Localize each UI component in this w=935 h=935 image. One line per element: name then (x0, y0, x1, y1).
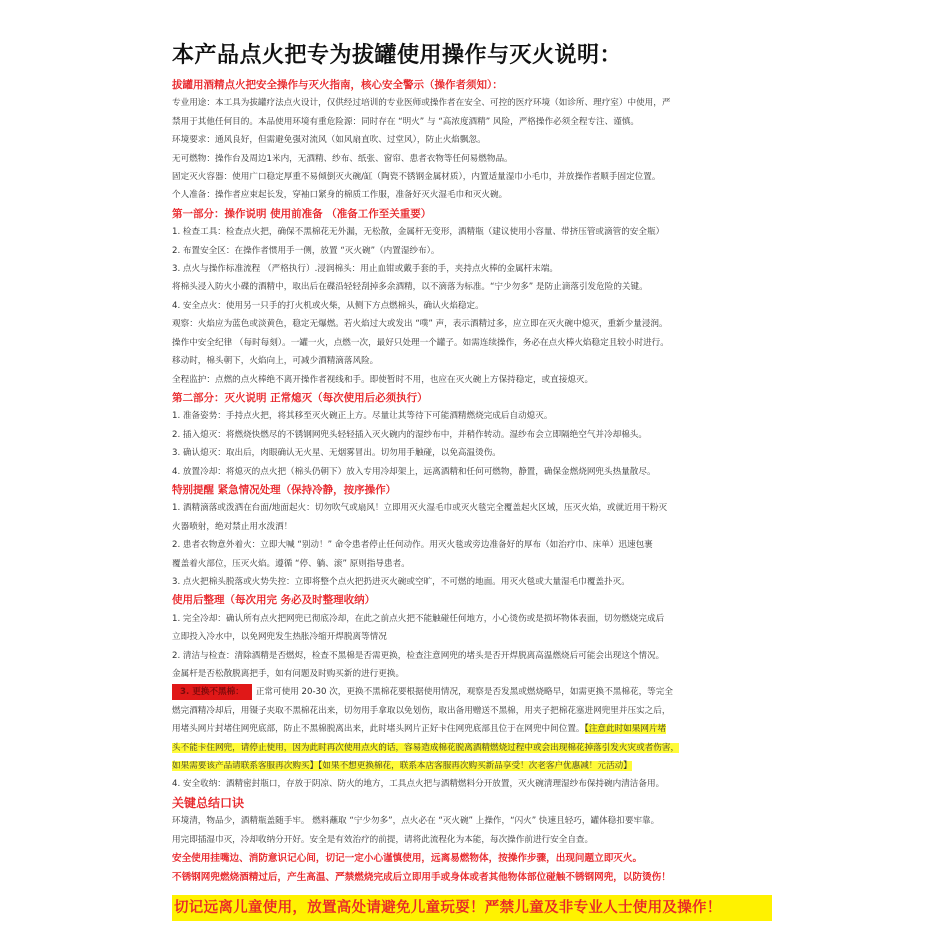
replace-tag: 3. 更换不黑棉： (172, 684, 252, 700)
emergency-line: 1. 酒精滴落或泼洒在台面/地面起火：切勿吹气或扇风！立即用灭火湿毛巾或灭火毯完… (172, 499, 772, 517)
intro-line: 固定灭火容器：使用广口稳定厚重不易倾倒灭火碗/缸（陶瓷不锈钢金属材质），内置适量… (172, 168, 772, 186)
part1-line: 观察：火焰应为蓝色或淡黄色，稳定无爆燃。若火焰过大或发出 “噗” 声，表示酒精过… (172, 315, 772, 333)
emergency-line: 3. 点火把棉头脱落或火势失控：立即将整个点火把扔进灭火碗或空旷，不可燃的地面。… (172, 573, 772, 591)
part2-line: 1. 准备姿势：手持点火把，将其移至灭火碗正上方。尽量让其等待下可能酒精燃烧完成… (172, 407, 772, 425)
highlight-line: 如果需要该产品请联系客服再次购买】【如果不想更换棉花，联系本店客服再次购买新品享… (172, 757, 772, 775)
document-title: 本产品点火把专为拔罐使用操作与灭火说明： (172, 42, 772, 70)
part1-line: 2. 布置安全区：在操作者惯用手一侧，放置 “灭火碗”（内置湿纱布）。 (172, 242, 772, 260)
intro-line: 专业用途：本工具为拔罐疗法点火设计，仅供经过培训的专业医师或操作者在安全、可控的… (172, 94, 772, 112)
aftercare-line: 1. 完全冷却：确认所有点火把网兜已彻底冷却，在此之前点火把不能触碰任何地方，小… (172, 610, 772, 628)
summary-line: 用完即插湿巾灭，冷却收纳分开好。安全是有效治疗的前提，请将此流程化为本能，每次操… (172, 831, 772, 849)
intro-heading: 拔罐用酒精点火把安全操作与灭火指南，核心安全警示（操作者须知）： (172, 76, 772, 94)
summary-line: 环境清，物品少，酒精瓶盖随手牢。 燃料蘸取 “宁少勿多”，点火必在 “灭火碗” … (172, 812, 772, 830)
replace-line: 3. 更换不黑棉：正常可使用 20-30 次，更换不黑棉花要根据使用情况，观察是… (172, 683, 772, 701)
intro-line: 环境要求：通风良好，但需避免强对流风（如风扇直吹、过堂风），防止火焰飘忽。 (172, 131, 772, 149)
intro-line: 禁用于其他任何目的。本品使用环境有重危险源：同时存在 “明火” 与 “高浓度酒精… (172, 113, 772, 131)
part1-line: 全程监护：点燃的点火棒绝不离开操作者视线和手。即使暂时不用，也应在灭火碗上方保持… (172, 371, 772, 389)
part1-line: 移动时，棉头朝下，火焰向上，可减少酒精滴落风险。 (172, 352, 772, 370)
part2-line: 3. 确认熄灭：取出后，肉眼确认无火星、无烟雾冒出。切勿用手触碰，以免高温烫伤。 (172, 444, 772, 462)
emergency-line: 火器喷射，绝对禁止用水泼洒！ (172, 518, 772, 536)
highlight-note: 【注意此时如果网片堵 (585, 724, 667, 734)
replace-line: 燃完酒精冷却后，用镊子夹取不黑棉花出来，切勿用手拿取以免划伤，取出备用赠送不黑棉… (172, 702, 772, 720)
part1-line: 4. 安全点火：使用另一只手的打火机或火柴，从侧下方点燃棉头，确认火焰稳定。 (172, 297, 772, 315)
summary-heading: 关键总结口诀 (172, 794, 772, 812)
emergency-line: 2. 患者衣物意外着火：立即大喊 “别动！” 命令患者停止任何动作。用灭火毯或旁… (172, 536, 772, 554)
emergency-line: 覆盖着火部位，压灭火焰。遵循 “停、躺、滚” 原则指导患者。 (172, 555, 772, 573)
intro-line: 无可燃物：操作台及周边1米内，无酒精、纱布、纸张、窗帘、患者衣物等任何易燃物品。 (172, 150, 772, 168)
aftercare-heading: 使用后整理（每次用完 务必及时整理收纳） (172, 591, 772, 609)
aftercare-line: 立即投入冷水中，以免网兜发生热胀冷缩开焊脱离等情况 (172, 628, 772, 646)
highlight-line: 头不能卡住网兜，请停止使用，因为此时再次使用点火的话，容易造成棉花脱离酒精燃烧过… (172, 739, 772, 757)
part2-line: 4. 放置冷却：将熄灭的点火把（棉头仍朝下）放入专用冷却架上，远离酒精和任何可燃… (172, 463, 772, 481)
replace-line: 用堵头网片封堵住网兜底部，防止不黑棉脱离出来，此时堵头网片正好卡住网兜底部且位于… (172, 720, 772, 738)
aftercare-line: 金属杆是否松散脱离把手，如有问题及时购买新的进行更换。 (172, 665, 772, 683)
part1-heading: 第一部分：操作说明 使用前准备 （准备工作至关重要） (172, 205, 772, 223)
part1-line: 3. 点火与操作标准流程 （严格执行）.浸润棉头：用止血钳或戴手套的手，夹持点火… (172, 260, 772, 278)
warning-line: 安全使用挂嘴边、消防意识记心间，切记一定小心谨慎使用，远离易燃物体，按操作步骤，… (172, 849, 772, 868)
part2-heading: 第二部分：灭火说明 正常熄灭（每次使用后必须执行） (172, 389, 772, 407)
emergency-heading: 特别提醒 紧急情况处理（保持冷静，按序操作） (172, 481, 772, 499)
part1-line: 将棉头浸入防火小碟的酒精中，取出后在碟沿轻轻刮掉多余酒精，以不滴落为标准。“宁少… (172, 278, 772, 296)
aftercare-line: 2. 清洁与检查：清除酒精是否燃烬，检查不黑棉是否需更换，检查注意网兜的堵头是否… (172, 647, 772, 665)
warning-line: 不锈钢网兜燃烧酒精过后，产生高温、严禁燃烧完成后立即用手或身体或者其他物体部位碰… (172, 868, 772, 887)
part1-line: 1. 检查工具：检查点火把，确保不黑棉花无外漏，无松散，金属杆无变形，酒精瓶（建… (172, 223, 772, 241)
instruction-document: 本产品点火把专为拔罐使用操作与灭火说明： 拔罐用酒精点火把安全操作与灭火指南，核… (172, 42, 772, 921)
final-warning-banner: 切记远离儿童使用，放置高处请避免儿童玩耍！严禁儿童及非专业人士使用及操作！ (172, 895, 772, 921)
part2-line: 2. 插入熄灭：将燃烧快燃尽的不锈钢网兜头轻轻插入灭火碗内的湿纱布中，并稍作转动… (172, 426, 772, 444)
aftercare-line: 4. 安全收纳：酒精密封瓶口，存放于阴凉、防火的地方，工具点火把与酒精燃料分开放… (172, 775, 772, 793)
part1-line: 操作中安全纪律 （每时每刻）。一罐一火，点燃一次，最好只处理一个罐子。如需连续操… (172, 334, 772, 352)
intro-line: 个人准备：操作者应束起长发，穿袖口紧身的棉质工作服，准备好灭火湿毛巾和灭火碗。 (172, 186, 772, 204)
